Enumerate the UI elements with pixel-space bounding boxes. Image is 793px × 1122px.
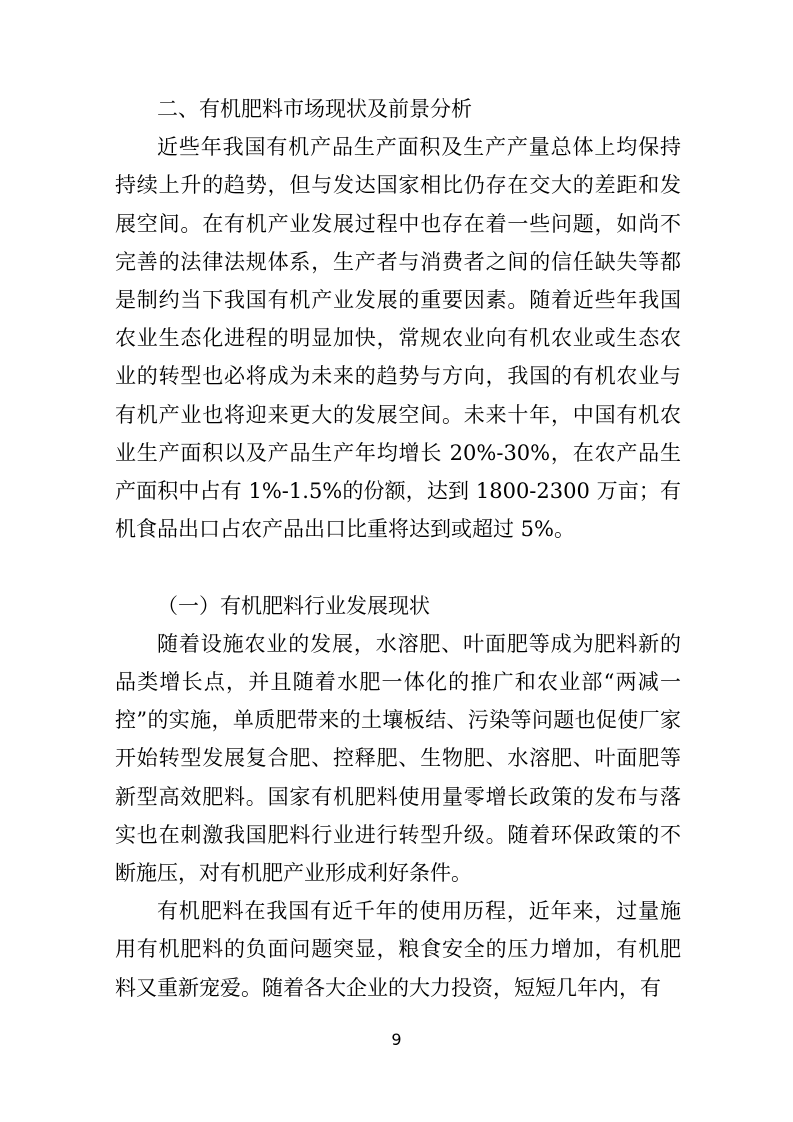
page-number: 9 (0, 1028, 793, 1052)
paragraph-fertilizer-transition: 随着设施农业的发展，水溶肥、叶面肥等成为肥料新的品类增长点，并且随着水肥一体化的… (115, 625, 681, 892)
document-page: 二、有机肥料市场现状及前景分析 近些年我国有机产品生产面积及生产产量总体上均保持… (0, 0, 793, 1122)
section-heading-market-status: 二、有机肥料市场现状及前景分析 (115, 90, 681, 128)
paragraph-organic-industry-overview: 近些年我国有机产品生产面积及生产产量总体上均保持持续上升的趋势，但与发达国家相比… (115, 128, 681, 548)
paragraph-organic-fertilizer-history: 有机肥料在我国有近千年的使用历程，近年来，过量施用有机肥料的负面问题突显，粮食安… (115, 892, 681, 1007)
document-body: 二、有机肥料市场现状及前景分析 近些年我国有机产品生产面积及生产产量总体上均保持… (115, 90, 681, 1007)
section-heading-industry-development: （一）有机肥料行业发展现状 (115, 587, 681, 625)
